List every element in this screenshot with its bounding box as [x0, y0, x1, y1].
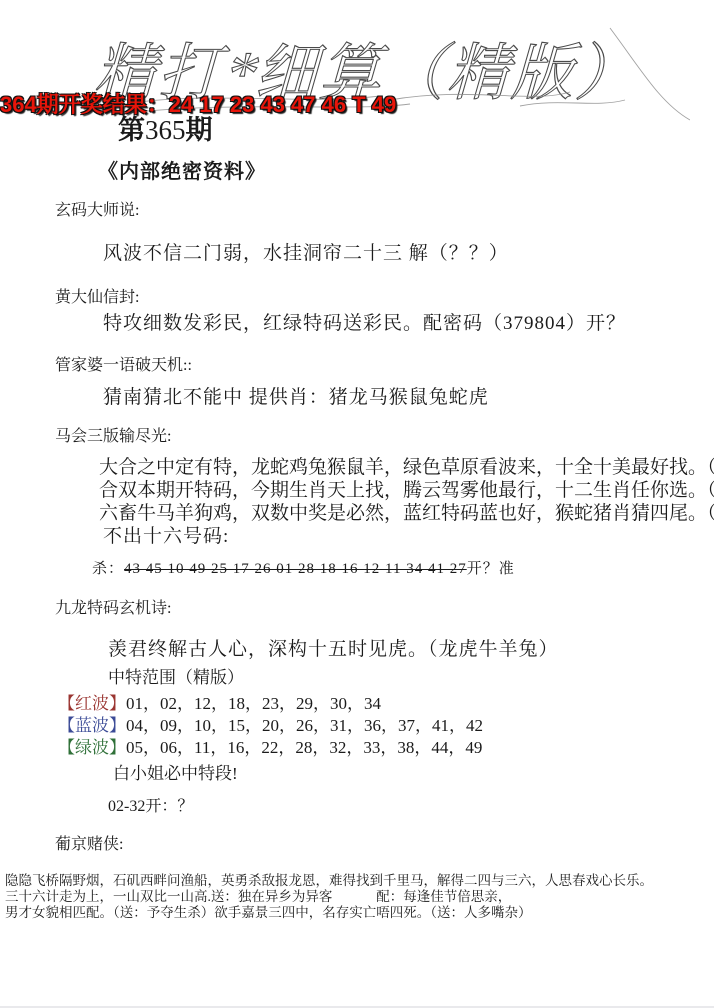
jiulong-verse: 羡君终解古人心，深构十五时见虎。（龙虎牛羊兔）: [108, 634, 559, 661]
pujing-label: 葡京赌侠:: [55, 831, 123, 854]
huangdaxian-verse: 特攻细数发彩民，红绿特码送彩民。配密码（379804）开？: [103, 308, 626, 335]
pujing-line-3: 男才女貌相匹配。（送：予夺生杀）欲手嘉景三四中，名存实亡唔四死。（送：人多嘴杂）: [5, 901, 532, 921]
guanjiapo-label: 管家婆一语破天机::: [55, 352, 192, 375]
secret-material-heading: 《内部绝密资料》: [98, 155, 266, 184]
issue-suffix: 期: [186, 115, 213, 145]
green-wave-row: 【绿波】05，06，11，16，22，28，32，33，38，44，49: [58, 733, 482, 758]
green-wave-numbers: 05，06，11，16，22，28，32，33，38，44，49: [126, 738, 482, 757]
baixiaojie-label: 白小姐必中特段!: [113, 759, 238, 784]
master-says-verse: 风波不信二门弱，水挂洞帘二十三 解（？？）: [103, 238, 509, 265]
issue-heading: 第365期: [118, 108, 213, 147]
green-wave-label: 【绿波】: [58, 738, 126, 757]
killed-numbers-line: 杀：43 45 10 49 25 17 26 01 28 18 16 12 11…: [92, 557, 515, 578]
jiulong-label: 九龙特码玄机诗:: [55, 595, 171, 618]
huangdaxian-label: 黄大仙信封:: [55, 284, 139, 307]
mahui-label: 马会三版输尽光:: [55, 423, 171, 446]
baixiaojie-range: 02-32开：？: [108, 793, 193, 816]
tip-sheet-page: 精打*细算（精版） 364期开奖结果：24 17 23 43 47 46 T 4…: [0, 0, 714, 1008]
special-range-label: 中特范围（精版）: [108, 663, 244, 688]
issue-number: 365: [145, 115, 186, 145]
killed-numbers: 43 45 10 49 25 17 26 01 28 18 16 12 11 3…: [124, 561, 467, 577]
guanjiapo-verse: 猜南猜北不能中 提供肖：猪龙马猴鼠兔蛇虎: [103, 382, 489, 409]
kill-prefix: 杀：: [92, 561, 124, 577]
master-says-label: 玄码大师说:: [55, 197, 139, 220]
kill-suffix: 开？准: [467, 561, 515, 577]
issue-prefix: 第: [118, 115, 145, 145]
sixteen-numbers-label: 不出十六号码:: [103, 521, 229, 548]
